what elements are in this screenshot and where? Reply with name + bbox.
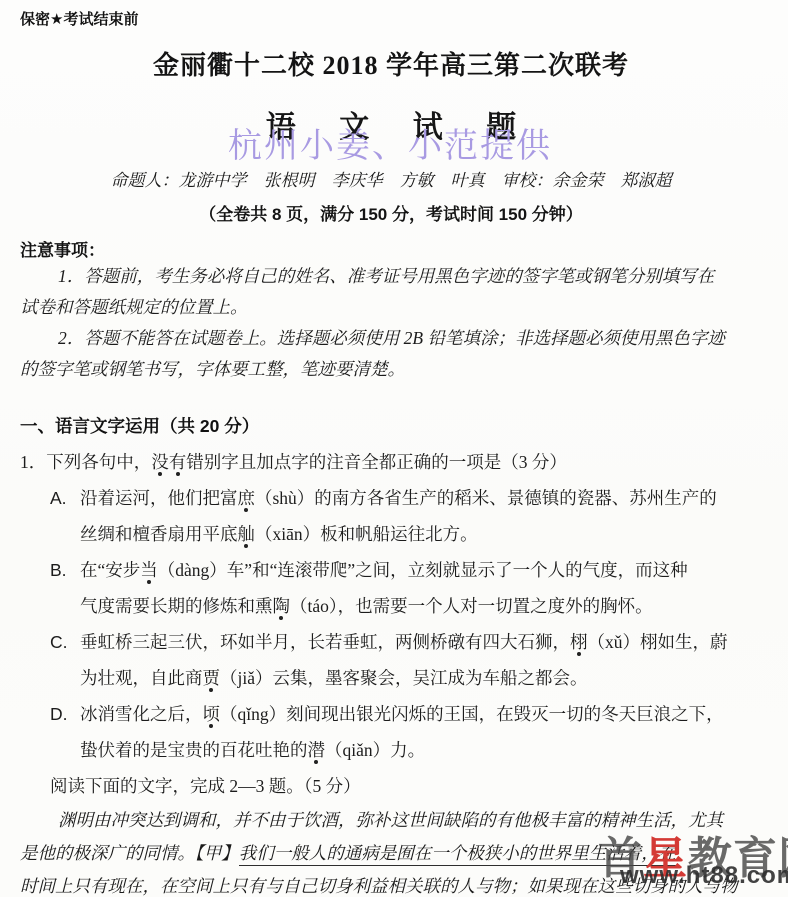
section-1-heading: 一、语言文字运用（共 20 分） bbox=[20, 413, 762, 438]
option-c-label: C. bbox=[50, 624, 80, 660]
reading-passage: 渊明由冲突达到调和，并不由于饮酒，弥补这世间缺陷的有他极丰富的精神生活，尤其 是… bbox=[20, 804, 762, 897]
option-b-label: B. bbox=[50, 552, 80, 588]
option-a-text-line-1: 沿着运河，他们把富庶（shù）的南方各省生产的稻米、景德镇的瓷器、苏州生产的 bbox=[80, 488, 717, 508]
exam-paper-page: 保密★考试结束前 金丽衢十二校 2018 学年高三第二次联考 语 文 试 题 杭… bbox=[0, 0, 788, 897]
option-d-text-line-2: 蛰伏着的是宝贵的百花吐艳的潜（qiǎn）力。 bbox=[20, 732, 762, 768]
option-a-text-line-2: 丝绸和檀香扇用平底舢（xiān）板和帆船运往北方。 bbox=[20, 516, 762, 552]
question-1-option-b: B.在“安步当（dàng）车”和“连滚带爬”之间，立刻就显示了一个人的气度，而这… bbox=[20, 552, 762, 624]
option-d-text-line-1: 冰消雪化之后，顷（qǐng）刻间现出银光闪烁的王国，在毁灭一切的冬天巨浪之下， bbox=[80, 704, 724, 724]
notice-item-1-line-2: 试卷和答题纸规定的位置上。 bbox=[20, 292, 762, 323]
notice-item-1: 1．答题前，考生务必将自己的姓名、准考证号用黑色字迹的签字笔或钢笔分别填写在 试… bbox=[20, 261, 762, 323]
option-b-text-line-1: 在“安步当（dàng）车”和“连滚带爬”之间，立刻就显示了一个人的气度，而这种 bbox=[80, 560, 688, 580]
reading-prompt: 阅读下面的文字，完成 2—3 题。（5 分） bbox=[20, 768, 762, 804]
passage-line-1: 渊明由冲突达到调和，并不由于饮酒，弥补这世间缺陷的有他极丰富的精神生活，尤其 bbox=[20, 804, 762, 837]
paper-info-line: （全卷共 8 页，满分 150 分，考试时间 150 分钟） bbox=[20, 200, 762, 225]
notice-item-2-line-2: 的签字笔或钢笔书写，字体要工整，笔迹要清楚。 bbox=[20, 354, 762, 385]
notice-heading: 注意事项： bbox=[20, 236, 762, 261]
secrecy-notice: 保密★考试结束前 bbox=[20, 8, 762, 29]
option-c-text-line-2: 为壮观，自此商贾（jiǎ）云集，墨客聚会，吴江成为车船之都会。 bbox=[20, 660, 762, 696]
notice-item-1-line-1: 1．答题前，考生务必将自己的姓名、准考证号用黑色字迹的签字笔或钢笔分别填写在 bbox=[20, 261, 762, 292]
option-b-text-line-2: 气度需要长期的修炼和熏陶（táo），也需要一个人对一切置之度外的胸怀。 bbox=[20, 588, 762, 624]
option-d-label: D. bbox=[50, 696, 80, 732]
question-1-option-d: D.冰消雪化之后，顷（qǐng）刻间现出银光闪烁的王国，在毁灭一切的冬天巨浪之下… bbox=[20, 696, 762, 768]
passage-line-3: 时间上只有现在，在空间上只有与自己切身利益相关联的人与物；如果现在这些切身的人与… bbox=[20, 870, 762, 897]
notice-item-2: 2．答题不能答在试题卷上。选择题必须使用 2B 铅笔填涂；非选择题必须使用黑色字… bbox=[20, 323, 762, 385]
option-a-label: A. bbox=[50, 480, 80, 516]
setters-line: 命题人：龙游中学 张根明 李庆华 方敏 叶真 审校：余金荣 郑淑超 bbox=[20, 166, 762, 191]
question-1-stem: 1．下列各句中，没有错别字且加点字的注音全都正确的一项是（3 分） bbox=[20, 444, 762, 480]
question-1-option-a: A.沿着运河，他们把富庶（shù）的南方各省生产的稻米、景德镇的瓷器、苏州生产的… bbox=[20, 480, 762, 552]
option-c-text-line-1: 垂虹桥三起三伏，环如半月，长若垂虹，两侧桥礅有四大石狮，栩（xǔ）栩如生，蔚 bbox=[80, 632, 728, 652]
exam-title: 金丽衢十二校 2018 学年高三第二次联考 bbox=[20, 45, 762, 82]
question-1-option-c: C.垂虹桥三起三伏，环如半月，长若垂虹，两侧桥礅有四大石狮，栩（xǔ）栩如生，蔚… bbox=[20, 624, 762, 696]
notice-item-2-line-1: 2．答题不能答在试题卷上。选择题必须使用 2B 铅笔填涂；非选择题必须使用黑色字… bbox=[20, 323, 762, 354]
subject-title: 语 文 试 题 bbox=[20, 102, 762, 146]
passage-line-2: 是他的极深广的同情。【甲】我们一般人的通病是囿在一个极狭小的世界里生活着，在 bbox=[20, 837, 762, 870]
